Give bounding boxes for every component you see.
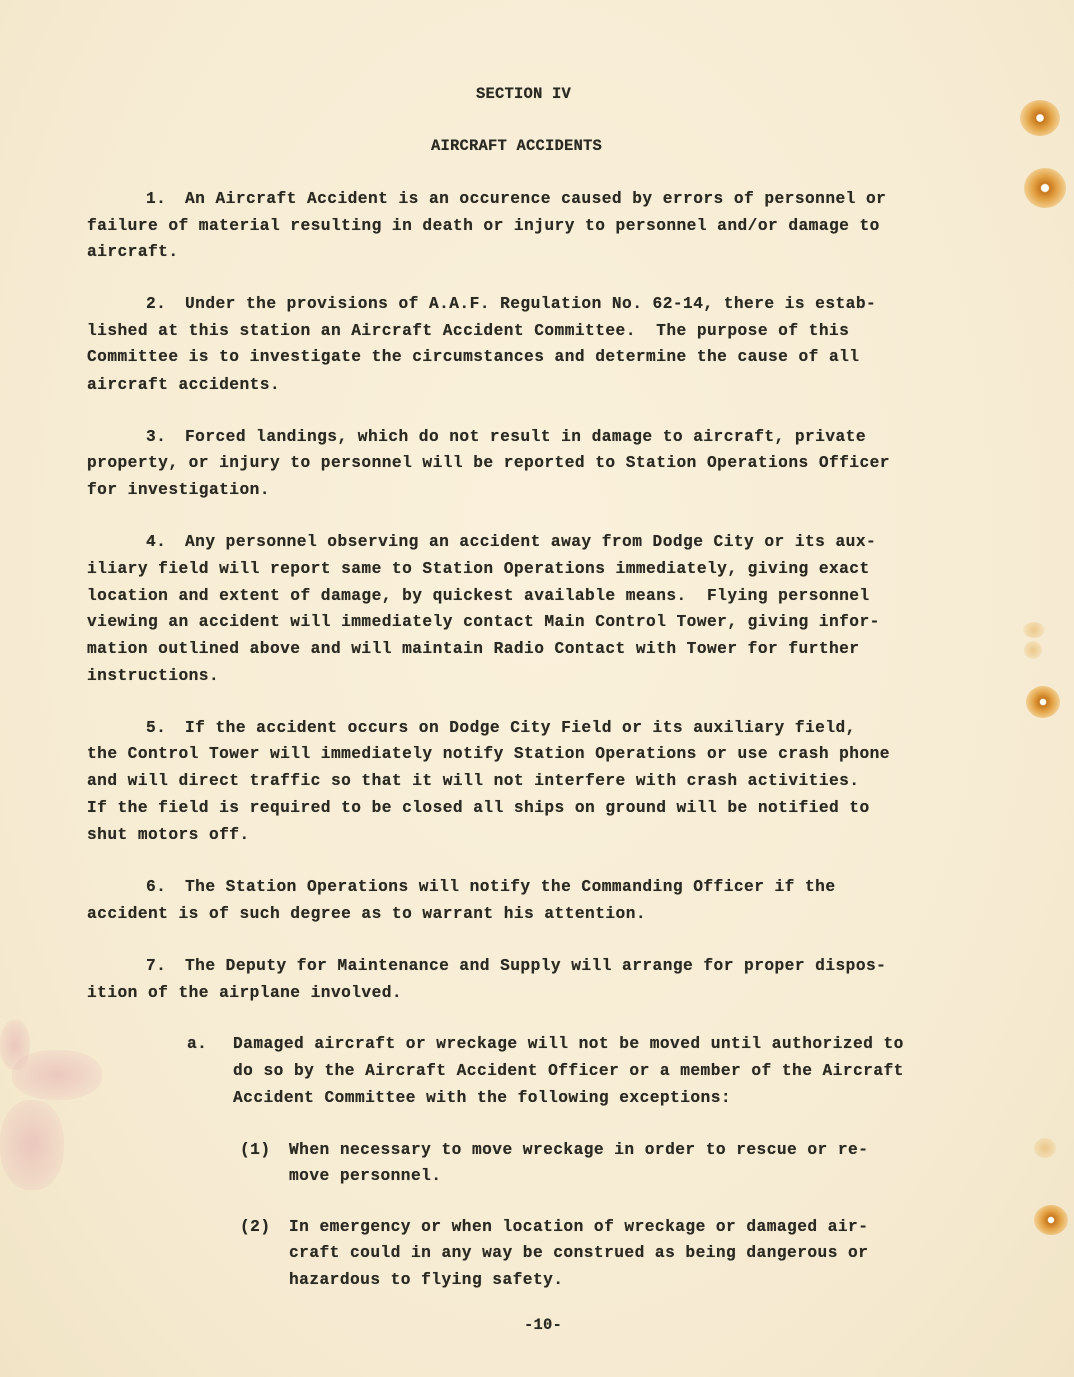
rust-stain — [1034, 1205, 1068, 1235]
pink-stain — [0, 1100, 64, 1190]
paragraph-6-number: 6. — [146, 874, 166, 901]
pink-stain — [12, 1050, 102, 1100]
paragraph-5-line: If the accident occurs on Dodge City Fie… — [185, 715, 856, 742]
paragraph-5-line: and will direct traffic so that it will … — [87, 768, 859, 795]
paragraph-4-line: mation outlined above and will maintain … — [87, 636, 859, 663]
exception-2-line: hazardous to flying safety. — [289, 1267, 563, 1294]
paragraph-2-line: lished at this station an Aircraft Accid… — [87, 318, 849, 345]
paragraph-2-number: 2. — [146, 291, 166, 318]
subparagraph-a-line: do so by the Aircraft Accident Officer o… — [233, 1058, 904, 1085]
exception-1-line: When necessary to move wreckage in order… — [289, 1137, 868, 1164]
exception-2-line: In emergency or when location of wreckag… — [289, 1214, 868, 1241]
paragraph-3-line: property, or injury to personnel will be… — [87, 450, 890, 477]
paragraph-1-line: failure of material resulting in death o… — [87, 213, 880, 240]
paragraph-6-line: accident is of such degree as to warrant… — [87, 901, 646, 928]
paragraph-5-number: 5. — [146, 715, 166, 742]
paragraph-5-line: If the field is required to be closed al… — [87, 795, 870, 822]
rust-stain — [1024, 168, 1066, 208]
exception-1-label: (1) — [240, 1137, 271, 1164]
rust-stain — [1023, 622, 1045, 638]
paragraph-3-line: for investigation. — [87, 477, 270, 504]
rust-stain — [1034, 1138, 1056, 1158]
paragraph-4-line: viewing an accident will immediately con… — [87, 609, 880, 636]
paragraph-2-line: aircraft accidents. — [87, 372, 280, 399]
paragraph-1-line: An Aircraft Accident is an occurence cau… — [185, 186, 886, 213]
paragraph-4-line: location and extent of damage, by quicke… — [87, 583, 870, 610]
paragraph-7-number: 7. — [146, 953, 166, 980]
paragraph-5-line: shut motors off. — [87, 822, 250, 849]
subparagraph-a-line: Accident Committee with the following ex… — [233, 1085, 731, 1112]
paragraph-3-line: Forced landings, which do not result in … — [185, 424, 866, 451]
paragraph-2-line: Committee is to investigate the circumst… — [87, 344, 859, 371]
paragraph-2-line: Under the provisions of A.A.F. Regulatio… — [185, 291, 876, 318]
rust-stain — [1020, 100, 1060, 136]
paragraph-4-number: 4. — [146, 529, 166, 556]
paragraph-1-line: aircraft. — [87, 239, 178, 266]
paragraph-4-line: Any personnel observing an accident away… — [185, 529, 876, 556]
rust-stain — [1024, 641, 1042, 659]
paragraph-5-line: the Control Tower will immediately notif… — [87, 741, 890, 768]
page-number: -10- — [524, 1312, 562, 1339]
document-page: SECTION IV AIRCRAFT ACCIDENTS 1. An Airc… — [0, 0, 1074, 1377]
paragraph-6-line: The Station Operations will notify the C… — [185, 874, 836, 901]
paragraph-1-number: 1. — [146, 186, 166, 213]
exception-2-label: (2) — [240, 1214, 271, 1241]
subparagraph-a-label: a. — [187, 1031, 207, 1058]
paragraph-7-line: ition of the airplane involved. — [87, 980, 402, 1007]
document-title: AIRCRAFT ACCIDENTS — [431, 133, 602, 160]
paragraph-3-number: 3. — [146, 424, 166, 451]
paragraph-7-line: The Deputy for Maintenance and Supply wi… — [185, 953, 886, 980]
subparagraph-a-line: Damaged aircraft or wreckage will not be… — [233, 1031, 904, 1058]
exception-1-line: move personnel. — [289, 1163, 441, 1190]
section-heading: SECTION IV — [476, 81, 571, 108]
paragraph-4-line: iliary field will report same to Station… — [87, 556, 870, 583]
rust-stain — [1026, 686, 1060, 718]
paragraph-4-line: instructions. — [87, 663, 219, 690]
exception-2-line: craft could in any way be construed as b… — [289, 1240, 868, 1267]
